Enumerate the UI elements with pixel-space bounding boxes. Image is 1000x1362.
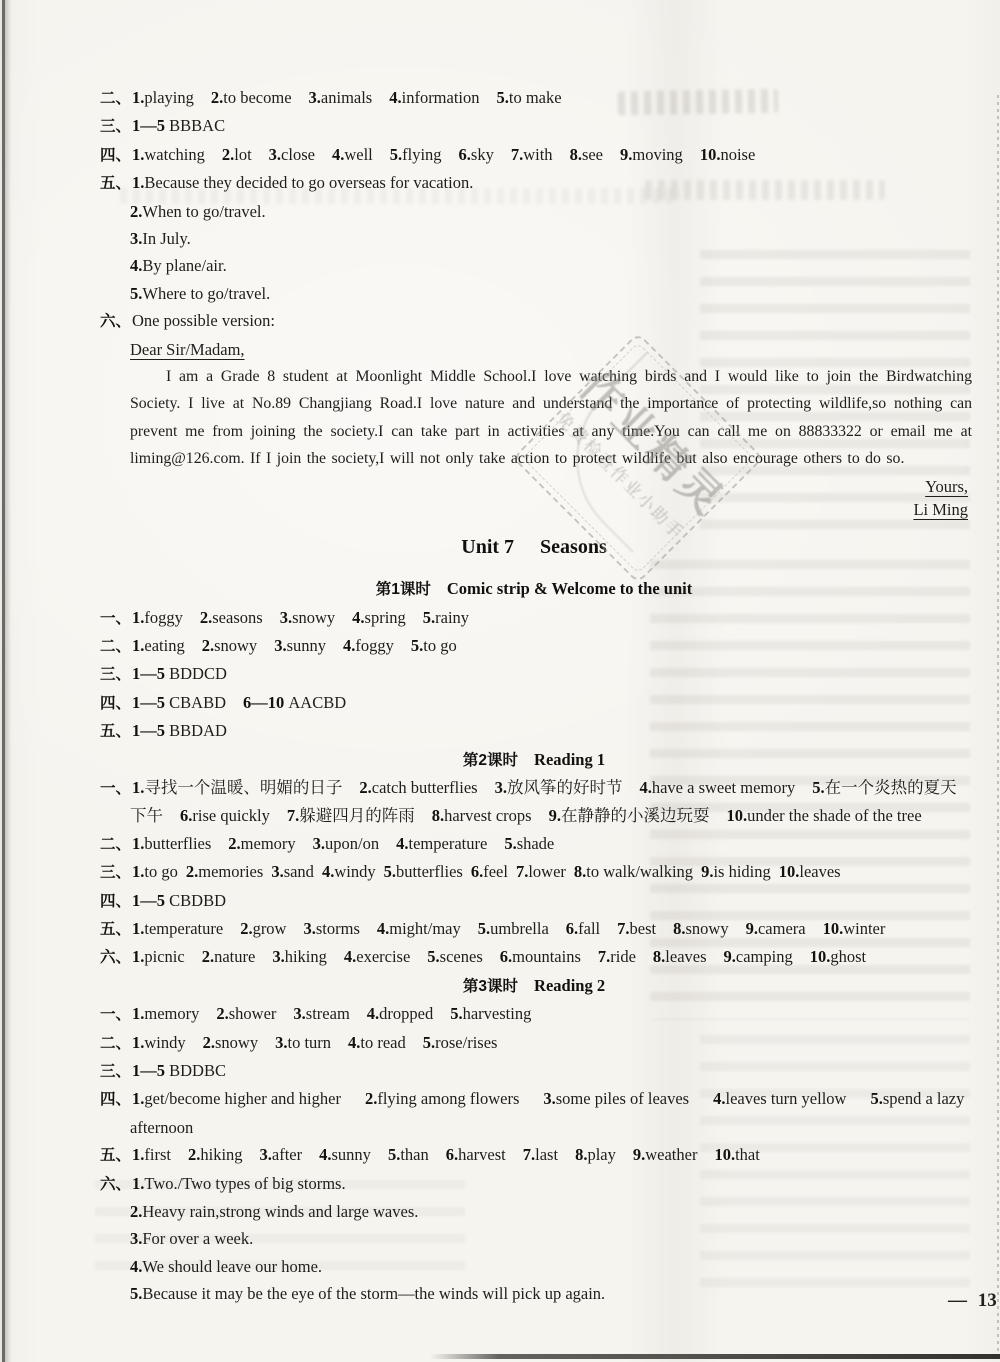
answer-line: 四、1.get/become higher and higher2.flying… — [100, 1085, 968, 1141]
answer-line-ex4: 四、1.watching2.lot3.close4.well5.flying6.… — [100, 141, 968, 169]
letter-signature-text: Li Ming — [913, 500, 968, 519]
lesson-1-title: Comic strip & Welcome to the unit — [447, 579, 692, 598]
lesson-3-tag: 第3课时 — [463, 978, 518, 995]
answer-line: 一、1.寻找一个温暖、明媚的日子2.catch butterflies3.放风筝… — [100, 774, 968, 830]
answer-line-ex2: 二、1.playing2.to become3.animals4.informa… — [100, 84, 968, 112]
answer-line: 3.For over a week. — [100, 1225, 968, 1252]
answer-line: 五、1.first2.hiking3.after4.sunny5.than6.h… — [100, 1141, 968, 1169]
answer-line-ex6-intro: 六、One possible version: — [100, 307, 968, 335]
unit-title: Unit 7Seasons — [100, 532, 968, 562]
answer-book-page: { "page": { "footer_page_number": "— 13"… — [0, 0, 1000, 1362]
letter-salutation: Dear Sir/Madam, — [100, 336, 968, 363]
answer-line: 一、1.memory2.shower3.stream4.dropped5.har… — [100, 1000, 968, 1028]
unit-name: Seasons — [540, 536, 607, 558]
unit-number: Unit 7 — [461, 536, 514, 558]
answer-line-ex5-q2: 2.When to go/travel. — [100, 198, 968, 225]
answer-line: 六、1.picnic2.nature3.hiking4.exercise5.sc… — [100, 943, 968, 971]
scan-right-perforation — [997, 95, 999, 1352]
answer-line: 六、1.Two./Two types of big storms. — [100, 1170, 968, 1198]
letter-salutation-text: Dear Sir/Madam, — [130, 340, 245, 359]
lesson-3-heading: 第3课时Reading 2 — [100, 972, 968, 1000]
lesson-1-heading: 第1课时Comic strip & Welcome to the unit — [100, 575, 968, 603]
answer-line-ex5-q3: 3.In July. — [100, 225, 968, 252]
answer-line: 三、1—5 BDDCD — [100, 660, 968, 688]
answer-line: 二、1.windy2.snowy3.to turn4.to read5.rose… — [100, 1029, 968, 1057]
lesson-1-tag: 第1课时 — [376, 581, 431, 598]
answer-line: 五、1—5 BBDAD — [100, 717, 968, 745]
letter-closing: Yours, — [100, 473, 970, 500]
answer-line: 4.We should leave our home. — [100, 1253, 968, 1280]
letter-closing-text: Yours, — [925, 477, 968, 496]
page-number: — 13 — [948, 1290, 997, 1312]
lesson-3-title: Reading 2 — [534, 976, 605, 995]
answer-line-ex5-q5: 5.Where to go/travel. — [100, 280, 968, 307]
answer-line: 5.Because it may be the eye of the storm… — [100, 1280, 968, 1307]
scan-left-edge-shadow — [5, 0, 11, 1362]
answer-key-content: 二、1.playing2.to become3.animals4.informa… — [100, 84, 968, 1308]
answer-line: 四、1—5 CBABD6—10 AACBD — [100, 689, 968, 717]
lesson-2-heading: 第2课时Reading 1 — [100, 746, 968, 774]
answer-line: 一、1.foggy2.seasons3.snowy4.spring5.rainy — [100, 604, 968, 632]
answer-line-ex5-q4: 4.By plane/air. — [100, 252, 968, 279]
answer-line-ex5-q1: 五、1.Because they decided to go overseas … — [100, 169, 968, 197]
letter-body: I am a Grade 8 student at Moonlight Midd… — [130, 363, 972, 473]
answer-line-ex3: 三、1—5 BBBAC — [100, 112, 968, 140]
answer-line: 二、1.eating2.snowy3.sunny4.foggy5.to go — [100, 632, 968, 660]
answer-line: 三、1—5 BDDBC — [100, 1057, 968, 1085]
answer-line: 2.Heavy rain,strong winds and large wave… — [100, 1198, 968, 1225]
answer-line: 二、1.butterflies2.memory3.upon/on4.temper… — [100, 830, 968, 858]
answer-line: 五、1.temperature2.grow3.storms4.might/may… — [100, 915, 968, 943]
answer-line: 四、1—5 CBDBD — [100, 887, 968, 915]
answer-line: 三、1.to go2.memories3.sand4.windy5.butter… — [100, 858, 968, 886]
letter-signature: Li Ming — [100, 500, 970, 520]
lesson-2-title: Reading 1 — [534, 750, 605, 769]
lesson-2-tag: 第2课时 — [463, 752, 518, 769]
